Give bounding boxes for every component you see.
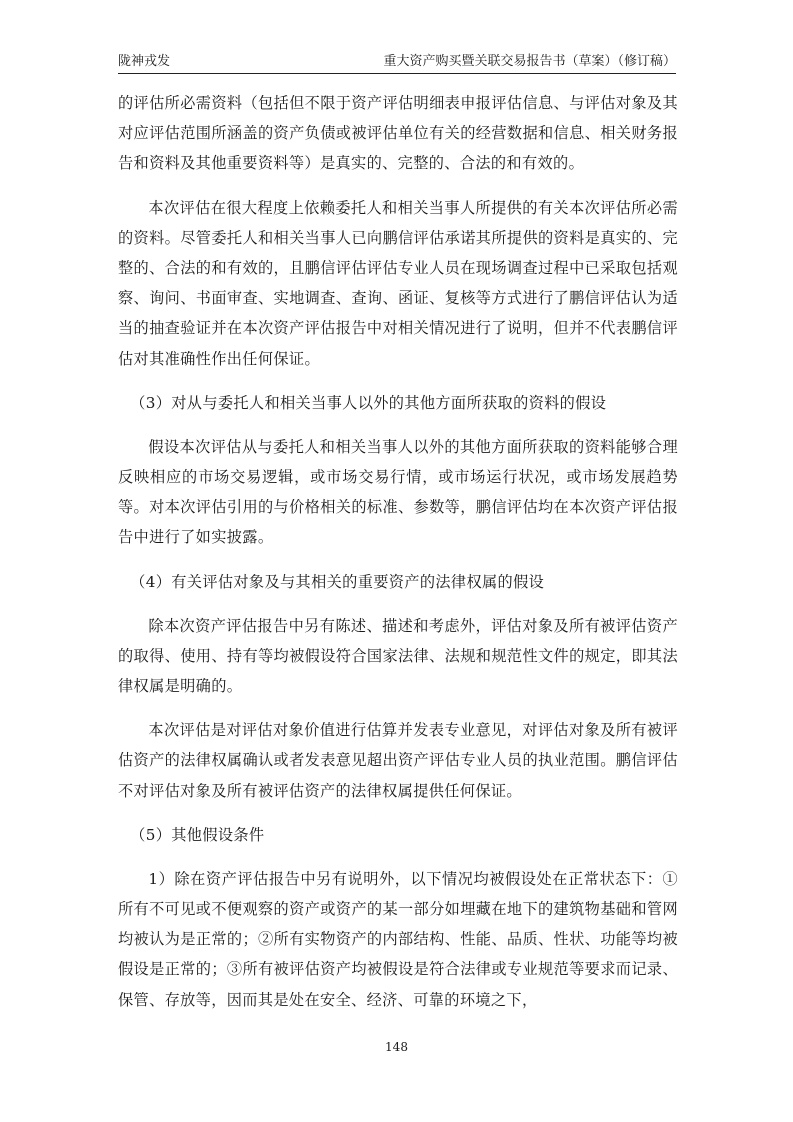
paragraph-legal-title-disclaimer: 本次评估是对评估对象价值进行估算并发表专业意见，对评估对象及所有被评估资产的法律… bbox=[118, 715, 678, 806]
page-number: 148 bbox=[0, 1040, 793, 1054]
header-document-title: 重大资产购买暨关联交易报告书（草案）（修订稿） bbox=[383, 52, 676, 72]
document-body: 的评估所必需资料（包括但不限于资产评估明细表申报评估信息、与评估对象及其对应评估… bbox=[118, 88, 678, 1015]
section-heading-4: （4）有关评估对象及与其相关的重要资产的法律权属的假设 bbox=[118, 567, 678, 597]
section-heading-5: （5）其他假设条件 bbox=[118, 820, 678, 850]
paragraph-legal-title-assumption: 除本次资产评估报告中另有陈述、描述和考虑外，评估对象及所有被评估资产的取得、使用… bbox=[118, 611, 678, 702]
paragraph-continued-materials: 的评估所必需资料（包括但不限于资产评估明细表申报评估信息、与评估对象及其对应评估… bbox=[118, 88, 678, 179]
section-heading-3: （3）对从与委托人和相关当事人以外的其他方面所获取的资料的假设 bbox=[118, 388, 678, 418]
paragraph-third-party-materials: 假设本次评估从与委托人和相关当事人以外的其他方面所获取的资料能够合理反映相应的市… bbox=[118, 432, 678, 553]
page-header: 陇神戎发 重大资产购买暨关联交易报告书（草案）（修订稿） bbox=[118, 52, 676, 74]
header-company-name: 陇神戎发 bbox=[118, 52, 170, 72]
paragraph-other-assumptions: 1）除在资产评估报告中另有说明外，以下情况均被假设处在正常状态下：①所有不可见或… bbox=[118, 864, 678, 1015]
paragraph-reliance-on-client-materials: 本次评估在很大程度上依赖委托人和相关当事人所提供的有关本次评估所必需的资料。尽管… bbox=[118, 193, 678, 374]
